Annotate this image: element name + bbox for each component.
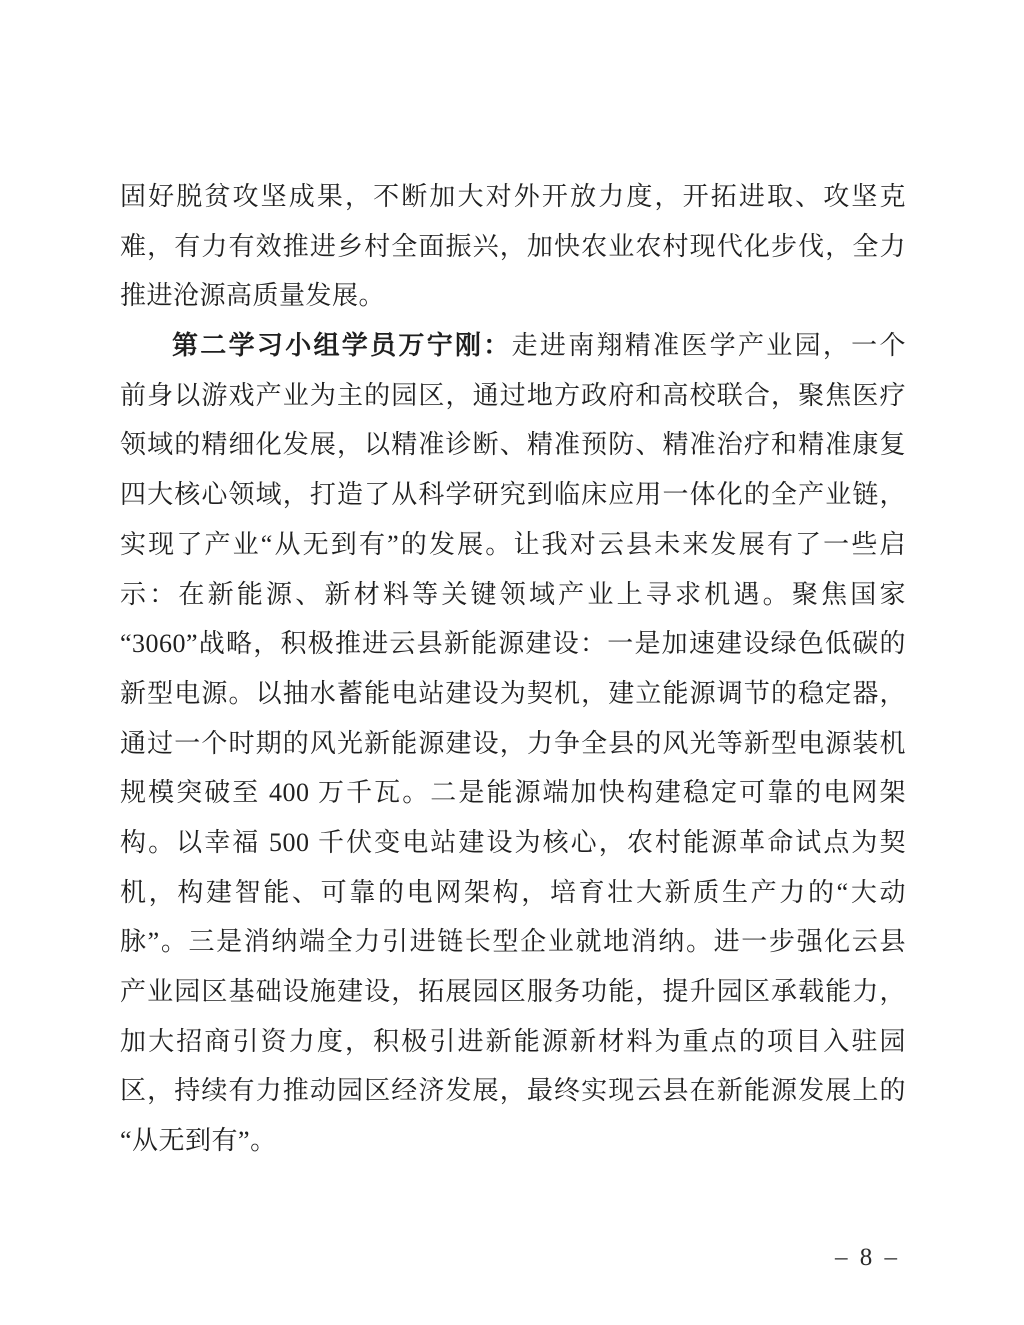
text-line: 构。以幸福 500 千伏变电站建设为核心，农村能源革命试点为契 (120, 818, 906, 868)
document-body: 固好脱贫攻坚成果，不断加大对外开放力度，开拓进取、攻坚克难，有力有效推进乡村全面… (120, 172, 906, 1166)
text-line: 实现了产业“从无到有”的发展。让我对云县未来发展有了一些启 (120, 520, 906, 570)
text-line: 前身以游戏产业为主的园区，通过地方政府和高校联合，聚焦医疗 (120, 371, 906, 421)
text-line: 示：在新能源、新材料等关键领域产业上寻求机遇。聚焦国家 (120, 570, 906, 620)
page-number: – 8 – (835, 1244, 900, 1272)
text-line: 新型电源。以抽水蓄能电站建设为契机，建立能源调节的稳定器， (120, 669, 906, 719)
text-line: 脉”。三是消纳端全力引进链长型企业就地消纳。进一步强化云县 (120, 917, 906, 967)
text-line: 通过一个时期的风光新能源建设，力争全县的风光等新型电源装机 (120, 719, 906, 769)
speaker-label: 第二学习小组学员万宁刚： (172, 331, 512, 360)
text-line: 固好脱贫攻坚成果，不断加大对外开放力度，开拓进取、攻坚克 (120, 172, 906, 222)
document-page: 固好脱贫攻坚成果，不断加大对外开放力度，开拓进取、攻坚克难，有力有效推进乡村全面… (0, 0, 1024, 1325)
text-line: 机，构建智能、可靠的电网架构，培育壮大新质生产力的“大动 (120, 868, 906, 918)
text-line: 难，有力有效推进乡村全面振兴，加快农业农村现代化步伐，全力 (120, 222, 906, 272)
text-line: 领域的精细化发展，以精准诊断、精准预防、精准治疗和精准康复 (120, 420, 906, 470)
text-line: 产业园区基础设施建设，拓展园区服务功能，提升园区承载能力， (120, 967, 906, 1017)
text-line: 推进沧源高质量发展。 (120, 271, 906, 321)
text-line: 规模突破至 400 万千瓦。二是能源端加快构建稳定可靠的电网架 (120, 768, 906, 818)
text-line: 加大招商引资力度，积极引进新能源新材料为重点的项目入驻园 (120, 1017, 906, 1067)
text-segment: 走进南翔精准医学产业园，一个 (512, 331, 906, 360)
text-line: 区，持续有力推动园区经济发展，最终实现云县在新能源发展上的 (120, 1066, 906, 1116)
text-line: “3060”战略，积极推进云县新能源建设：一是加速建设绿色低碳的 (120, 619, 906, 669)
text-line: 四大核心领域，打造了从科学研究到临床应用一体化的全产业链， (120, 470, 906, 520)
text-line: “从无到有”。 (120, 1116, 906, 1166)
text-line: 第二学习小组学员万宁刚：走进南翔精准医学产业园，一个 (120, 321, 906, 371)
